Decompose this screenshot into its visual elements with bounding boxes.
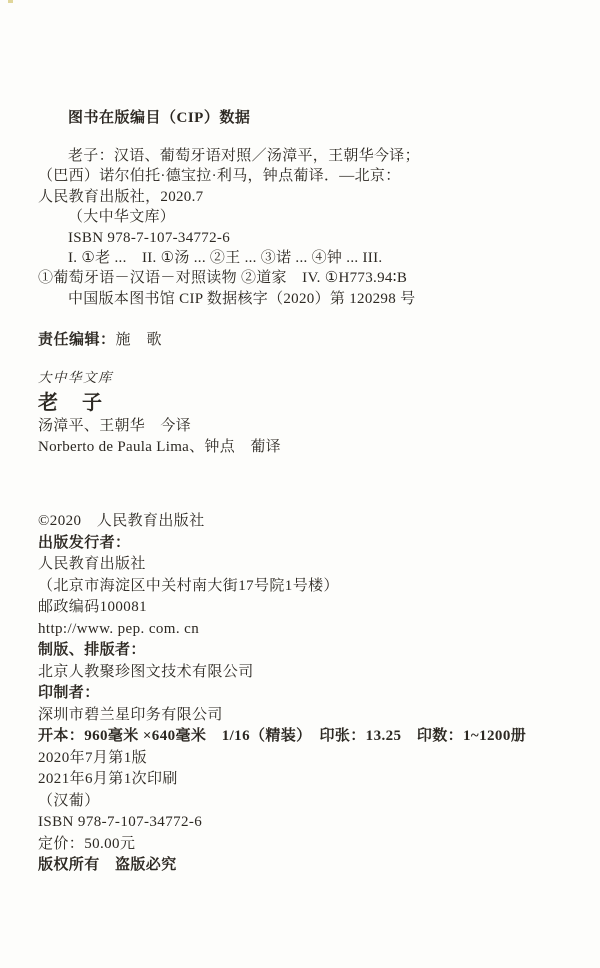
- cip-line-publisher: 人民教育出版社，2020.7: [38, 187, 572, 207]
- printer-label: 印制者：: [38, 683, 572, 705]
- publisher-label: 出版发行者：: [38, 533, 572, 555]
- postal-code-line: 邮政编码100081: [38, 597, 572, 619]
- publisher-address: （北京市海淀区中关村南大街17号院1号楼）: [38, 576, 572, 598]
- isbn-line: ISBN 978-7-107-34772-6: [38, 812, 572, 834]
- copyright-line: ©2020 人民教育出版社: [38, 511, 572, 533]
- publication-details-block: ©2020 人民教育出版社 出版发行者： 人民教育出版社 （北京市海淀区中关村南…: [38, 511, 572, 877]
- responsible-editor-line: 责任编辑：施 歌: [38, 330, 572, 350]
- book-title: 老 子: [38, 391, 572, 415]
- cip-line-series: （大中华文库）: [38, 207, 572, 227]
- website-line: http://www. pep. com. cn: [38, 619, 572, 641]
- book-copyright-page: 图书在版编目（CIP）数据 老子：汉语、葡萄牙语对照／汤漳平，王朝华今译； （巴…: [0, 0, 600, 968]
- cip-line-title: 老子：汉语、葡萄牙语对照／汤漳平，王朝华今译；: [38, 146, 572, 166]
- title-block: 大中华文库 老 子 汤漳平、王朝华 今译 Norberto de Paula L…: [38, 370, 572, 457]
- typesetter-label: 制版、排版者：: [38, 640, 572, 662]
- rights-notice: 版权所有 盗版必究: [38, 855, 572, 877]
- cip-line-isbn: ISBN 978-7-107-34772-6: [38, 228, 572, 248]
- publisher-name: 人民教育出版社: [38, 554, 572, 576]
- page-content: 图书在版编目（CIP）数据 老子：汉语、葡萄牙语对照／汤漳平，王朝华今译； （巴…: [0, 0, 600, 877]
- price-line: 定价：50.00元: [38, 834, 572, 856]
- language-line: （汉葡）: [38, 791, 572, 813]
- portuguese-translators-line: Norberto de Paula Lima、钟点 葡译: [38, 437, 572, 457]
- cip-line-translators: （巴西）诺尔伯托·德宝拉·利马，钟点葡译．—北京：: [38, 166, 572, 186]
- impression-line: 2021年6月第1次印刷: [38, 769, 572, 791]
- responsible-editor-label: 责任编辑：: [38, 332, 116, 348]
- scan-artifact: [8, 0, 13, 3]
- edition-line: 2020年7月第1版: [38, 748, 572, 770]
- cip-data-block: 老子：汉语、葡萄牙语对照／汤漳平，王朝华今译； （巴西）诺尔伯托·德宝拉·利马，…: [38, 146, 572, 309]
- cip-line-classification-2: ①葡萄牙语－汉语－对照读物 ②道家 IV. ①H773.94∶B: [38, 268, 572, 288]
- typesetter-name: 北京人教聚珍图文技术有限公司: [38, 662, 572, 684]
- responsible-editor-name: 施 歌: [116, 332, 163, 348]
- cip-line-record-number: 中国版本图书馆 CIP 数据核字（2020）第 120298 号: [38, 289, 572, 309]
- format-line: 开本：960毫米 ×640毫米 1/16（精装） 印张：13.25 印数：1~1…: [38, 726, 572, 748]
- series-name: 大中华文库: [38, 370, 572, 386]
- cip-line-classification-1: I. ①老 ... II. ①汤 ... ②王 ... ③诺 ... ④钟 ..…: [38, 248, 572, 268]
- printer-name: 深圳市碧兰星印务有限公司: [38, 705, 572, 727]
- cip-header: 图书在版编目（CIP）数据: [68, 108, 572, 128]
- chinese-translators-line: 汤漳平、王朝华 今译: [38, 416, 572, 436]
